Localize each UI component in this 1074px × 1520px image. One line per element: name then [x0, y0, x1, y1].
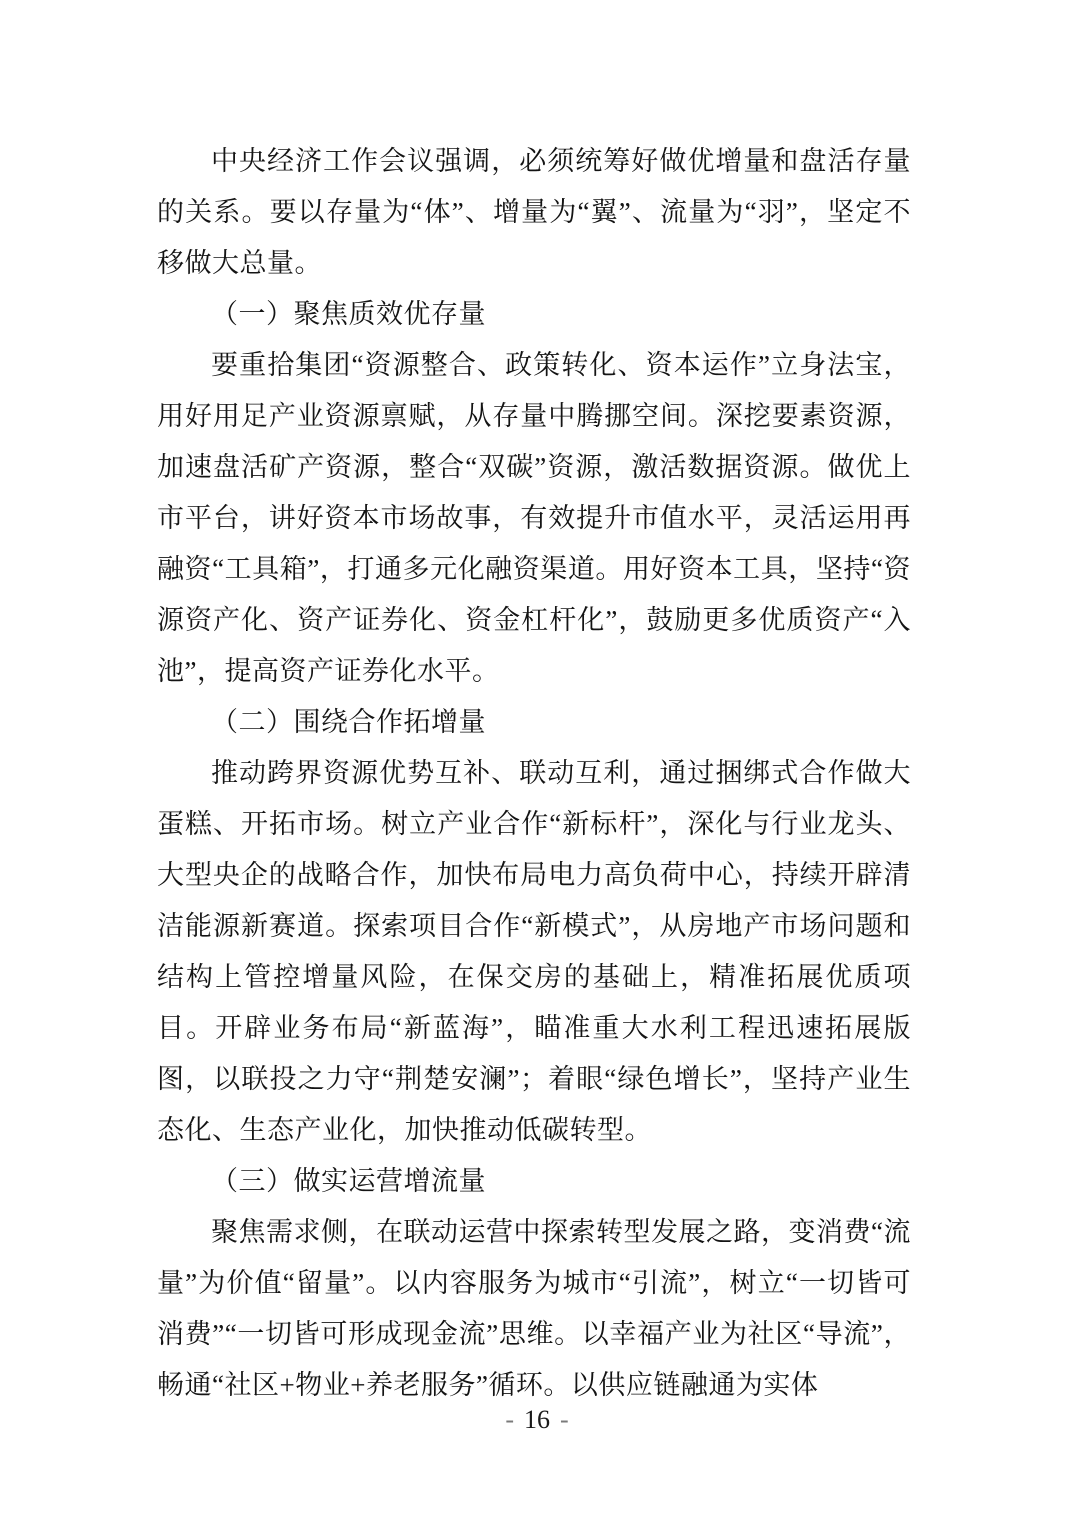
paragraph-section-1: 要重拾集团“资源整合、政策转化、资本运作”立身法宝，用好用足产业资源禀赋，从存量…: [157, 340, 911, 697]
paragraph-intro: 中央经济工作会议强调，必须统筹好做优增量和盘活存量的关系。要以存量为“体”、增量…: [157, 136, 911, 289]
page-number: 16: [524, 1405, 550, 1434]
paragraph-section-2: 推动跨界资源优势互补、联动互利，通过捆绑式合作做大蛋糕、开拓市场。树立产业合作“…: [157, 748, 911, 1156]
page-footer: -16-: [0, 1404, 1074, 1436]
document-body: 中央经济工作会议强调，必须统筹好做优增量和盘活存量的关系。要以存量为“体”、增量…: [157, 136, 911, 1411]
section-heading-1: （一）聚焦质效优存量: [157, 289, 911, 340]
paragraph-section-3: 聚焦需求侧，在联动运营中探索转型发展之路，变消费“流量”为价值“留量”。以内容服…: [157, 1207, 911, 1411]
page-number-dash-right: -: [550, 1405, 579, 1434]
section-heading-2: （二）围绕合作拓增量: [157, 697, 911, 748]
page-number-dash-left: -: [495, 1405, 524, 1434]
section-heading-3: （三）做实运营增流量: [157, 1156, 911, 1207]
document-page: 中央经济工作会议强调，必须统筹好做优增量和盘活存量的关系。要以存量为“体”、增量…: [0, 0, 1074, 1520]
